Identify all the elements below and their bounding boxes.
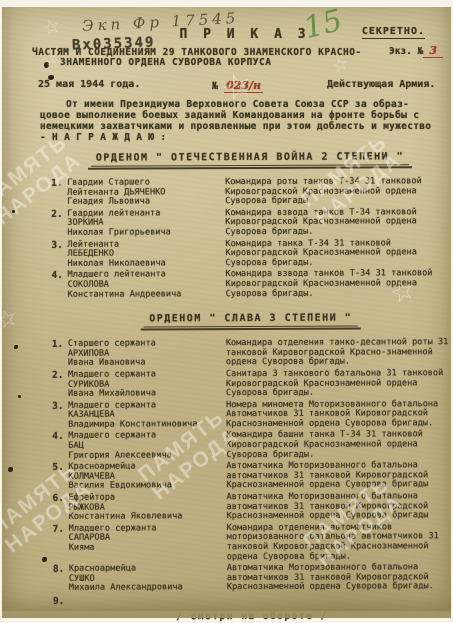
award-item: 4. Младшего сержанта БАЦ Григория Алексе…	[52, 431, 450, 462]
number-sign: №	[212, 81, 218, 92]
unfinished-item-number: 9.	[53, 594, 451, 607]
award-item: 1. Старшего сержанта АРХИПОВА Ивана Иван…	[52, 338, 450, 369]
recipient-name: Младшего сержанта БАЦ Григория Алексееви…	[68, 432, 216, 461]
paper-speck	[44, 62, 49, 68]
handwritten-green-mark: 15	[300, 3, 346, 46]
section-title-otechestvennaya-voina: ОРДЕНОМ " ОТЕЧЕСТВЕННАЯ ВОЙНА 2 СТЕПЕНИ …	[91, 151, 409, 166]
copy-number-handwritten: 3	[423, 44, 443, 58]
secrecy-stamp: СЕКРЕТНО.	[362, 26, 425, 39]
recipient-position: Командира отделения автоматчиков моториз…	[227, 523, 451, 562]
paper-speck	[8, 467, 13, 472]
award-list-slava: 1. Старшего сержанта АРХИПОВА Ивана Иван…	[52, 338, 451, 594]
item-number: 4.	[52, 271, 68, 300]
document-page: ПАМЯТЬ НАРОДА ПАМЯТЬ НАРОДА ПАМЯТЬ НАРОД…	[2, 7, 451, 618]
recipient-name: Старшего сержанта АРХИПОВА Ивана Иванови…	[68, 339, 216, 368]
item-number: 7.	[53, 525, 69, 563]
award-item: 8. Красноармейца СУШКО Михаила Александр…	[53, 563, 451, 594]
paper-speck	[14, 345, 18, 349]
item-number: 3.	[51, 240, 67, 269]
paper-speck	[18, 395, 21, 398]
award-item: 1. Гвардии Старшего Лейтенанта ДЬЯЧЕНКО …	[51, 177, 449, 208]
item-number: 1.	[51, 179, 67, 208]
recipient-position: Командира взвода танков Т-34 31 танковой…	[226, 269, 450, 299]
recipient-position: Командира взвода танков Т-34 танковой Ки…	[225, 208, 449, 238]
recipient-name: Гвардии Старшего Лейтенанта ДЬЯЧЕНКО Ген…	[67, 178, 215, 207]
order-number-line: № 023/н	[212, 79, 263, 92]
recipient-name: Ефрейтора РЫЖКОВА Константина Яковлевича	[68, 493, 216, 522]
paper-bottom-edge	[2, 611, 451, 618]
recipient-position: Командира башни танка Т-34 31 танковой К…	[226, 431, 450, 461]
section-title-wrap: ОРДЕНОМ " ОТЕЧЕСТВЕННАЯ ВОЙНА 2 СТЕПЕНИ …	[51, 144, 449, 167]
recipient-name: Красноармейца СУШКО Михаила Александрови…	[69, 564, 217, 593]
award-list-otechestvennaya-voina: 1. Гвардии Старшего Лейтенанта ДЬЯЧЕНКО …	[51, 177, 450, 300]
section-title-wrap: ОРДЕНОМ " СЛАВА 3 СТЕПЕНИ "	[52, 305, 450, 328]
recipient-name: Младшего сержанта СУРИКОВА Ивана Михайло…	[68, 370, 216, 399]
item-number: 4.	[52, 432, 68, 461]
recipient-position: Автоматчика Моторизованного батальона ав…	[227, 563, 451, 593]
award-item: 3. Лейтенанта ЛЕБЕДЕНКО Николая Николаев…	[51, 239, 449, 270]
item-number: 3.	[52, 401, 68, 430]
recipient-name: Младшего сержанта САПАРОВА Кияма	[69, 524, 217, 563]
recipient-position: Автоматчика Моторизованного батальона ав…	[226, 492, 450, 522]
recipient-name: Младшего лейтенанта СОКОЛОВА Константина…	[68, 270, 216, 299]
recipient-name: Гвардии лейтенанта ЗОРКИНА Николая Григо…	[67, 209, 215, 238]
award-item: 2. Младшего сержанта СУРИКОВА Ивана Миха…	[52, 369, 450, 400]
preamble-paragraph: От имени Президиума Верховного Совета Со…	[40, 99, 450, 143]
recipient-position: Командира роты танков Т-34 31 танковой К…	[225, 177, 449, 207]
section-title-slava: ОРДЕНОМ " СЛАВА 3 СТЕПЕНИ "	[144, 313, 357, 328]
star-watermark-icon: ☆	[39, 13, 63, 41]
item-number: 1.	[52, 340, 68, 369]
item-number: 2.	[51, 210, 67, 239]
order-number-handwritten: 023/н	[224, 79, 263, 93]
recipient-position: Командира отделения танко-десантной роты…	[226, 338, 450, 368]
award-item: 2. Гвардии лейтенанта ЗОРКИНА Николая Гр…	[51, 208, 449, 239]
paper-speck	[12, 210, 15, 213]
recipient-name: Лейтенанта ЛЕБЕДЕНКО Николая Николаевича	[67, 240, 215, 269]
award-item: 3. Младшего сержанта КАЗАНЦЕВА Владимира…	[52, 400, 450, 431]
issuing-location: Действующая Армия.	[327, 79, 435, 90]
award-item: 5. Красноармейца КОЛМАЧЕВА Василия Евдок…	[52, 461, 450, 492]
copy-number-line: Экз. №3	[389, 44, 443, 57]
addressee-line-2: ЗНАМЕННОГО ОРДЕНА СУВОРОВА КОРПУСА	[60, 57, 271, 68]
recipient-position: Номера миномета Моторизованного батальон…	[226, 400, 450, 430]
recipient-name: Младшего сержанта КАЗАНЦЕВА Владимира Ко…	[68, 401, 216, 430]
item-number: 2.	[52, 371, 68, 400]
award-item: 6. Ефрейтора РЫЖКОВА Константина Яковлев…	[52, 492, 450, 523]
order-date: 25 мая 1944 года.	[38, 79, 140, 90]
award-item: 7. Младшего сержанта САПАРОВА Кияма Кома…	[53, 523, 451, 563]
star-watermark-icon: ☆	[0, 302, 21, 335]
recipient-name: Красноармейца КОЛМАЧЕВА Василия Евдокимо…	[68, 462, 216, 491]
recipient-position: Автоматчика Моторизованного батальона ав…	[226, 461, 450, 491]
item-number: 6.	[52, 494, 68, 523]
recipient-position: Командира танка Т-34 31 танковой Кировог…	[225, 239, 449, 269]
recipient-position: Санитара 3 танкового батальона 31 танков…	[226, 369, 450, 399]
item-number: 5.	[52, 463, 68, 492]
item-number: 8.	[53, 565, 69, 594]
paper-speck	[42, 557, 47, 562]
award-item: 4. Младшего лейтенанта СОКОЛОВА Констант…	[52, 269, 450, 300]
copy-label: Экз. №	[389, 46, 423, 57]
